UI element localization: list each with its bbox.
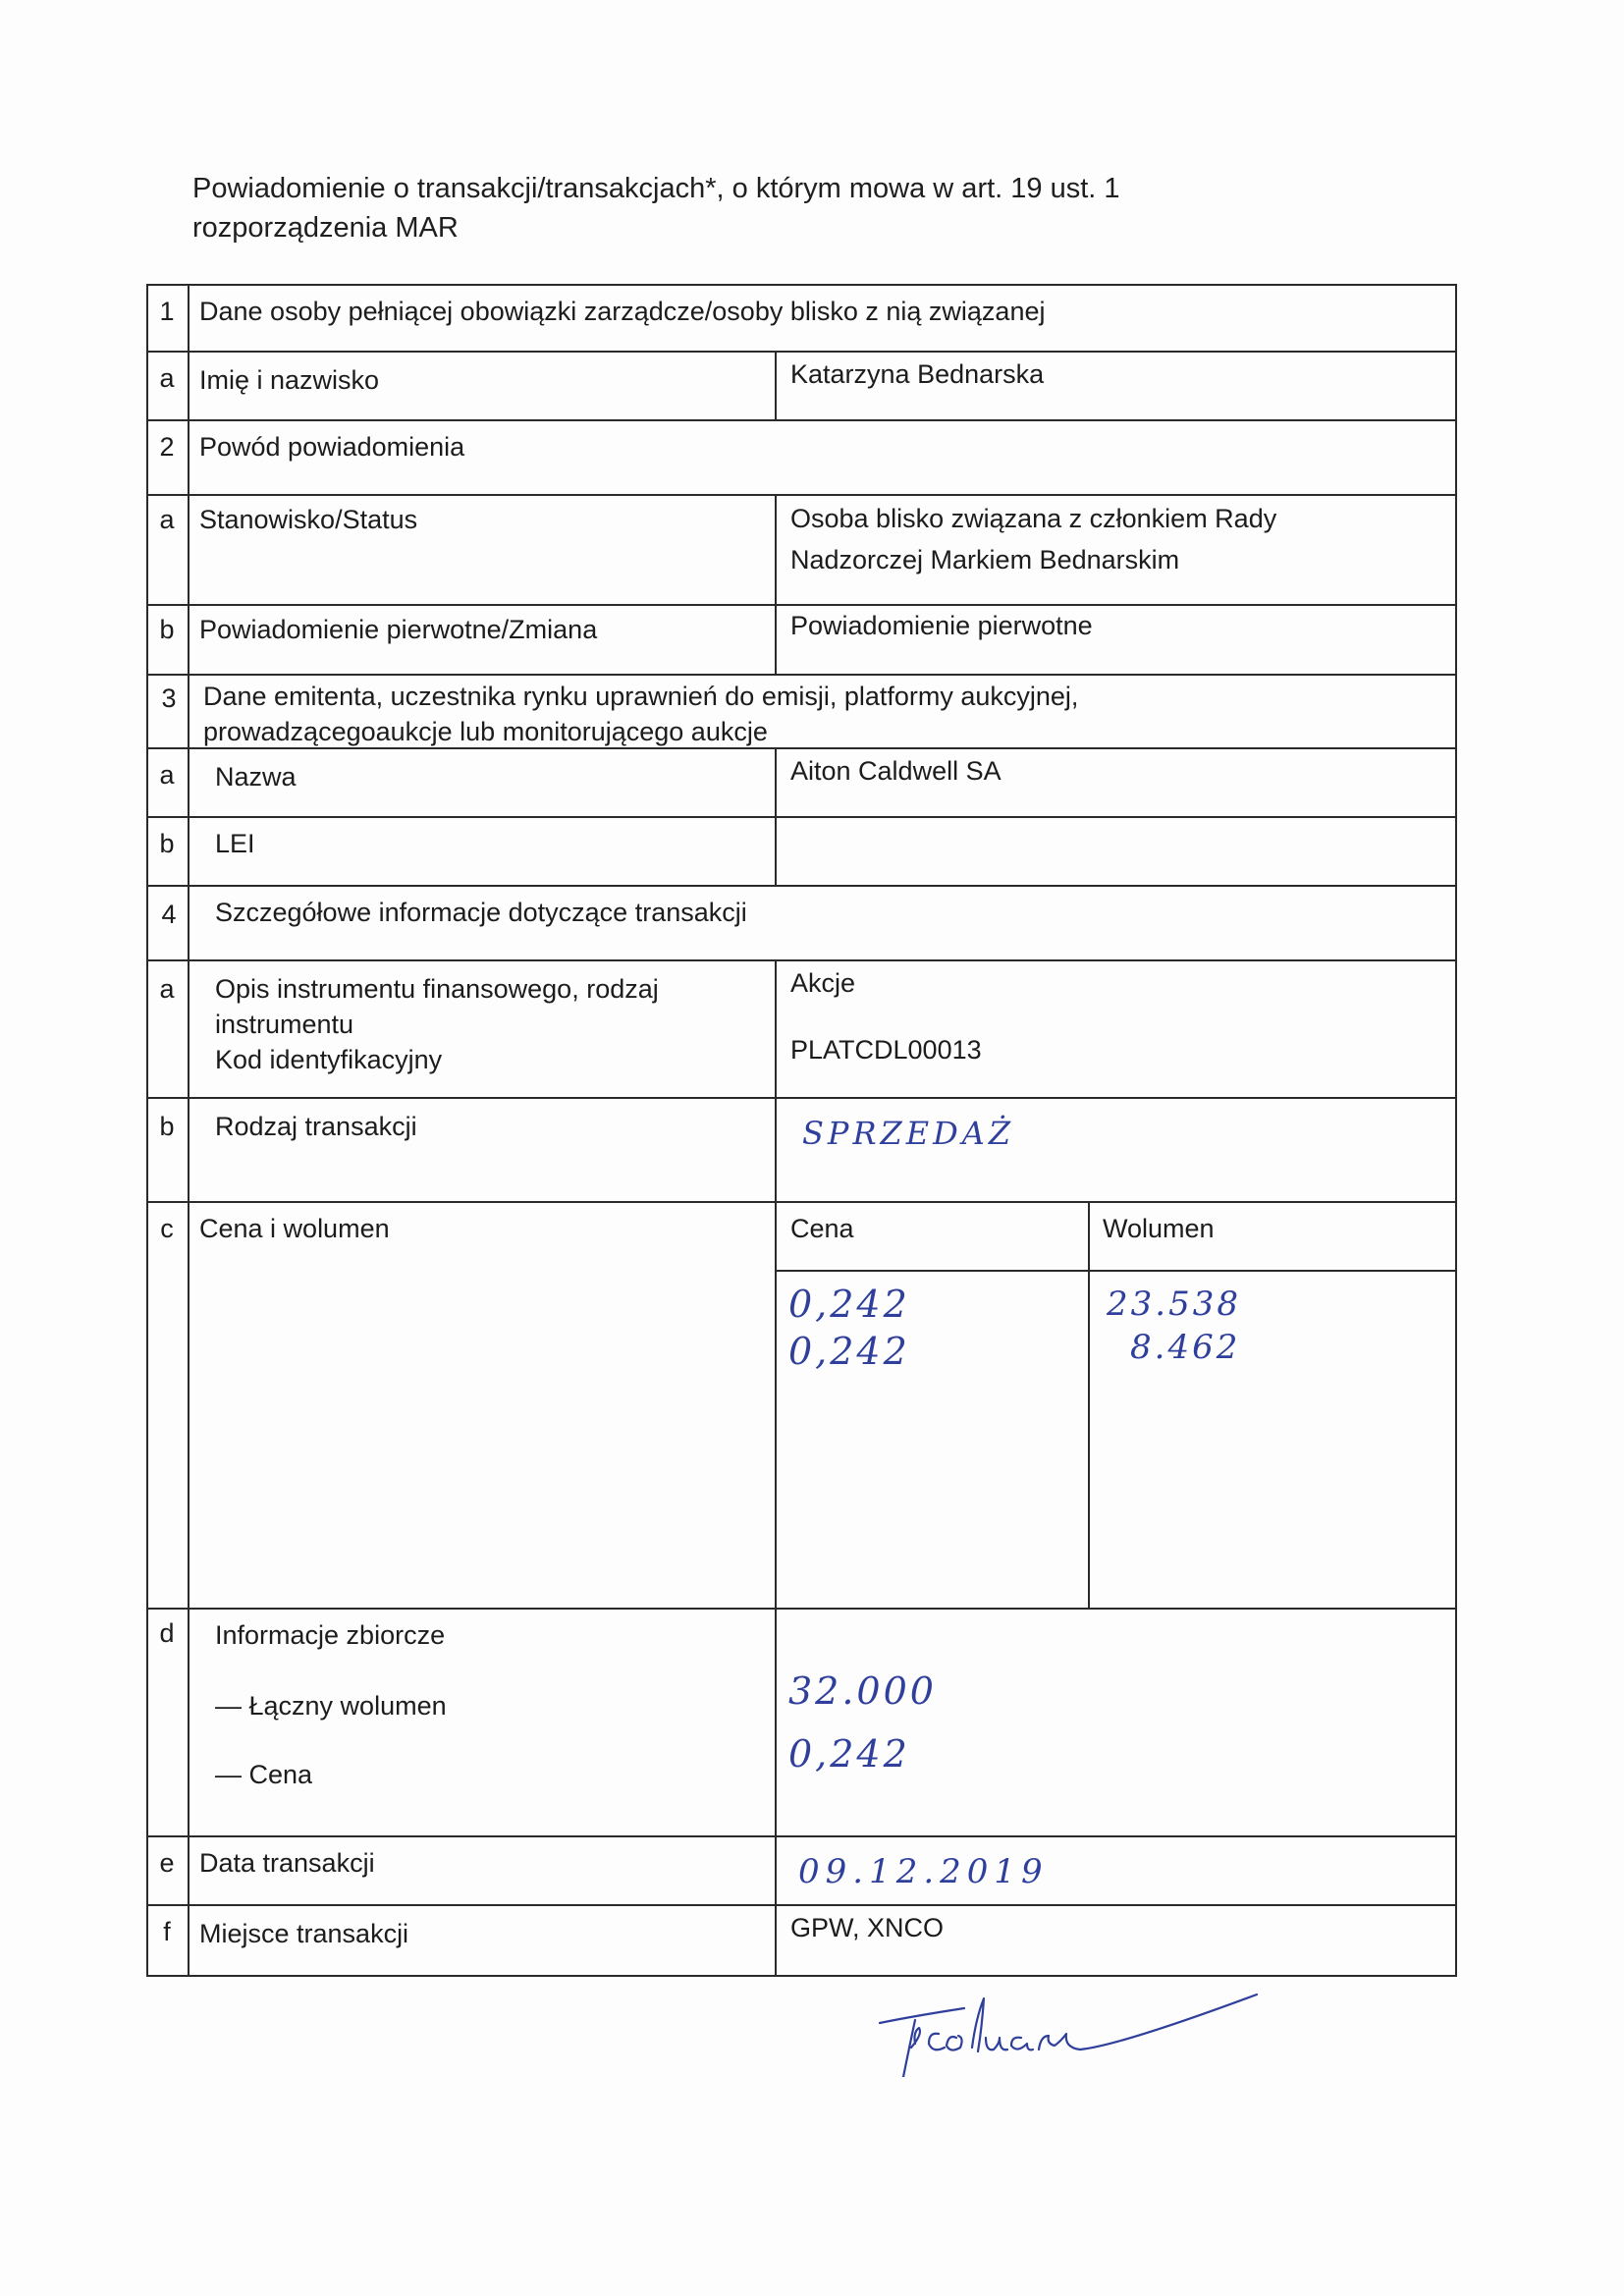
field-value-notification-type: Powiadomienie pierwotne [790, 608, 1093, 644]
instrument-label-line-1: Opis instrumentu finansowego, rodzaj [215, 971, 659, 1007]
row-letter: b [146, 612, 188, 648]
field-label-notification-type: Powiadomienie pierwotne/Zmiana [199, 612, 597, 648]
row-divider [146, 494, 1457, 496]
field-label-total-volume: — Łączny wolumen [215, 1688, 447, 1724]
field-label-lei: LEI [215, 826, 255, 862]
price-volume-header-divider [775, 1270, 1457, 1272]
row-divider [146, 885, 1457, 887]
document-title: Powiadomienie o transakcji/transakcjach*… [192, 169, 1322, 247]
row-letter: b [146, 1109, 188, 1145]
number-column-divider [188, 284, 189, 1977]
row-divider [146, 604, 1457, 606]
field-label-instrument: Opis instrumentu finansowego, rodzaj ins… [215, 971, 659, 1077]
field-label-aggregated-price: — Cena [215, 1757, 312, 1793]
field-value-issuer-name: Aiton Caldwell SA [790, 753, 1001, 790]
handwritten-volume-1: 23.538 [1107, 1282, 1241, 1327]
table-border-top [146, 284, 1457, 286]
value-column-divider [775, 351, 777, 419]
section-number: 4 [148, 897, 189, 933]
title-line-1: Powiadomienie o transakcji/transakcjach*… [192, 169, 1322, 208]
column-header-volume: Wolumen [1103, 1211, 1215, 1247]
value-column-divider [775, 747, 777, 885]
field-label-transaction-type: Rodzaj transakcji [215, 1109, 417, 1145]
field-label-issuer-name: Nazwa [215, 759, 297, 795]
row-divider [146, 351, 1457, 353]
field-label-venue: Miejsce transakcji [199, 1916, 408, 1952]
row-letter: a [146, 360, 188, 397]
row-letter: c [146, 1211, 188, 1247]
value-column-divider [775, 494, 777, 675]
title-line-2: rozporządzenia MAR [192, 208, 1322, 247]
field-value-status: Osoba blisko związana z członkiem Rady N… [790, 498, 1276, 580]
section-number: 1 [146, 294, 188, 330]
field-value-venue: GPW, XNCO [790, 1910, 944, 1946]
field-label-name: Imię i nazwisko [199, 362, 379, 399]
row-divider [146, 1097, 1457, 1099]
section-heading: Dane osoby pełniącej obowiązki zarządcze… [199, 294, 1045, 330]
row-divider [146, 1201, 1457, 1203]
status-line-1: Osoba blisko związana z członkiem Rady [790, 498, 1276, 539]
handwritten-price-2: 0,242 [788, 1329, 910, 1374]
row-letter: a [146, 971, 188, 1008]
row-divider [146, 816, 1457, 818]
handwritten-total-volume: 32.000 [788, 1668, 937, 1714]
row-letter: a [146, 502, 188, 538]
field-label-transaction-date: Data transakcji [199, 1845, 375, 1882]
heading-line-1: Dane emitenta, uczestnika rynku uprawnie… [203, 679, 1078, 714]
row-divider [146, 959, 1457, 961]
field-label-price-volume: Cena i wolumen [199, 1211, 390, 1247]
handwritten-transaction-date: 09.12.2019 [798, 1849, 1049, 1894]
field-label-aggregated: Informacje zbiorcze [215, 1617, 445, 1654]
handwritten-transaction-type: SPRZEDAŻ [802, 1111, 1014, 1156]
row-divider [146, 419, 1457, 421]
instrument-label-line-3: Kod identyfikacyjny [215, 1042, 659, 1077]
notification-table: 1 Dane osoby pełniącej obowiązki zarządc… [146, 284, 1457, 1976]
row-divider [146, 1835, 1457, 1837]
column-header-price: Cena [790, 1211, 854, 1247]
handwritten-aggregated-price: 0,242 [788, 1731, 910, 1777]
handwritten-volume-2: 8.462 [1130, 1325, 1240, 1370]
table-border-right [1455, 284, 1457, 1977]
row-letter: b [146, 826, 188, 862]
row-divider [146, 674, 1457, 676]
handwritten-price-1: 0,242 [788, 1282, 910, 1327]
field-label-status: Stanowisko/Status [199, 502, 417, 538]
row-letter: f [146, 1914, 188, 1950]
row-letter: a [146, 757, 188, 793]
signature [874, 1969, 1267, 2082]
row-letter: d [146, 1615, 188, 1652]
row-divider [146, 1904, 1457, 1906]
field-value-name: Katarzyna Bednarska [790, 356, 1044, 393]
status-line-2: Nadzorczej Markiem Bednarskim [790, 539, 1276, 580]
section-number: 3 [148, 681, 189, 717]
row-letter: e [146, 1845, 188, 1882]
signature-icon [874, 1969, 1267, 2077]
section-heading: Powód powiadomienia [199, 429, 464, 465]
row-divider [146, 1608, 1457, 1610]
instrument-label-line-2: instrumentu [215, 1007, 659, 1042]
value-column-divider [775, 959, 777, 1977]
field-value-instrument-type: Akcje [790, 965, 855, 1002]
section-heading: Szczegółowe informacje dotyczące transak… [215, 895, 747, 931]
section-number: 2 [146, 429, 188, 465]
price-volume-divider [1088, 1201, 1090, 1608]
heading-line-2: prowadzącegoaukcje lub monitorującego au… [203, 714, 1078, 749]
field-value-isin: PLATCDL00013 [790, 1032, 982, 1068]
section-heading: Dane emitenta, uczestnika rynku uprawnie… [203, 679, 1078, 749]
